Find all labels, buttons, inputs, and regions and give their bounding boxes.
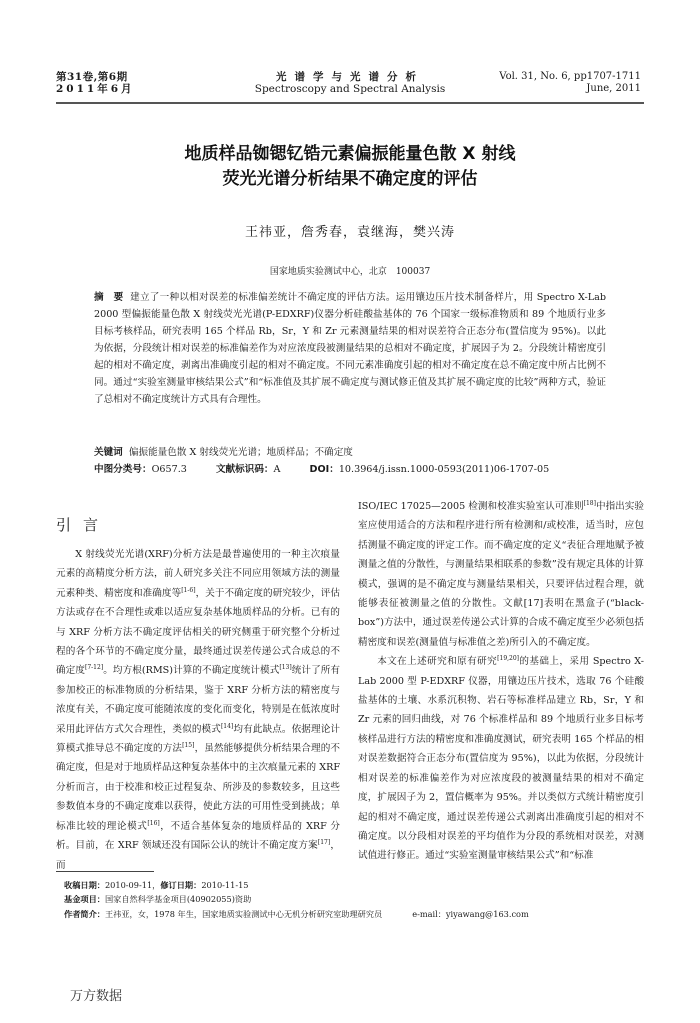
abstract: 摘 要 建立了一种以相对误差的标准偏差统计不确定度的评估方法。运用镶边压片技术制… — [94, 289, 606, 408]
fund-label: 基金项目： — [64, 894, 105, 904]
paragraph: ISO/IEC 17025—2005 检测和校准实验室认可准则[18]中指出实验… — [358, 497, 644, 652]
paragraph: 本文在上述研究和原有研究[19,20]的基础上，采用 Spectro X-Lab… — [358, 652, 644, 865]
title-line-2: 荧光光谱分析结果不确定度的评估 — [0, 167, 700, 192]
paper-title: 地质样品铷锶钇锆元素偏振能量色散 X 射线 荧光光谱分析结果不确定度的评估 — [0, 142, 700, 192]
body-text: 本文在上述研究和原有研究 — [377, 656, 497, 667]
authors: 王祎亚，詹秀春，袁继海，樊兴涛 — [0, 221, 700, 240]
abstract-text: 建立了一种以相对误差的标准偏差统计不确定度的评估方法。运用镶边压片技术制备样片，… — [94, 292, 606, 405]
body-text: 中指出实验室应使用适合的方法和程序进行所有检测和/或校准，适当时，应包括测量不确… — [358, 501, 644, 648]
citation: [1-6] — [181, 587, 195, 594]
revised-date: 2010-11-15 — [201, 880, 248, 890]
clc-label: 中图分类号： — [94, 464, 152, 475]
footnote: 收稿日期：2010-09-11，修订日期：2010-11-15 基金项目：国家自… — [64, 878, 529, 921]
citation: [14] — [221, 722, 233, 729]
citation: [13] — [279, 664, 291, 671]
abstract-label: 摘 要 — [94, 292, 124, 303]
body-text: 。均方根(RMS)计算的不确定度统计模式 — [103, 665, 279, 676]
body-text: 的基础上，采用 Spectro X-Lab 2000 型 P-EDXRF 仪器，… — [358, 656, 644, 861]
keywords-block: 关键词 偏振能量色散 X 射线荧光光谱；地质样品；不确定度 中图分类号：O657… — [94, 444, 614, 478]
bio-line: 作者简介：王祎亚，女，1978 年生，国家地质实验测试中心无机分析研究室助理研究… — [64, 907, 529, 921]
citation: [17] — [318, 839, 330, 846]
section-heading-introduction: 引言 — [56, 514, 110, 535]
dates-line: 收稿日期：2010-09-11，修订日期：2010-11-15 — [64, 878, 529, 892]
fund-value: 国家自然科学基金项目(40902055)资助 — [105, 894, 251, 904]
body-text: ISO/IEC 17025—2005 检测和校准实验室认可准则 — [358, 501, 584, 512]
citation: [16] — [147, 820, 159, 827]
citation: [7-12] — [85, 664, 103, 671]
author-email: e-mail：yiyawang@163.com — [412, 909, 529, 919]
clc-value: O657.3 — [152, 464, 187, 475]
received-date: 2010-09-11， — [105, 880, 160, 890]
header-rule — [56, 102, 644, 104]
doc-code-value: A — [274, 464, 281, 475]
citation: [18] — [584, 500, 596, 507]
journal-pages: Vol. 31, No. 6, pp1707-1711 June, 2011 — [499, 71, 641, 95]
fund-line: 基金项目：国家自然科学基金项目(40902055)资助 — [64, 892, 529, 906]
vol-pages-line: Vol. 31, No. 6, pp1707-1711 — [499, 71, 641, 83]
received-label: 收稿日期： — [64, 880, 105, 890]
footnote-rule — [56, 871, 154, 872]
date-en-line: June, 2011 — [499, 83, 641, 95]
citation: [15] — [182, 742, 194, 749]
keywords-text: 偏振能量色散 X 射线荧光光谱；地质样品；不确定度 — [129, 447, 353, 458]
affiliation: 国家地质实验测试中心，北京 100037 — [0, 264, 700, 277]
keywords-line: 关键词 偏振能量色散 X 射线荧光光谱；地质样品；不确定度 — [94, 444, 614, 461]
body-left-column: X 射线荧光光谱(XRF)分析方法是最普遍使用的一种主次痕量元素的高精度分析方法… — [56, 545, 340, 875]
body-text: ，虽然能够提供分析结果合理的不确定度，但是对于地质样品这种复杂基体中的主次痕量元… — [56, 743, 340, 832]
bio-value: 王祎亚，女，1978 年生，国家地质实验测试中心无机分析研究室助理研究员 — [105, 909, 382, 919]
doi-value: 10.3964/j.issn.1000-0593(2011)06-1707-05 — [339, 464, 549, 475]
body-right-column: ISO/IEC 17025—2005 检测和校准实验室认可准则[18]中指出实验… — [358, 497, 644, 866]
classification-line: 中图分类号：O657.3 文献标识码：A DOI：10.3964/j.issn.… — [94, 461, 614, 478]
doi-label: DOI： — [310, 464, 339, 475]
revised-label: 修订日期： — [160, 880, 201, 890]
wanfang-watermark: 万方数据 — [70, 985, 122, 1004]
title-line-1: 地质样品铷锶钇锆元素偏振能量色散 X 射线 — [0, 142, 700, 167]
keywords-label: 关键词 — [94, 447, 123, 458]
citation: [19,20] — [497, 655, 519, 662]
bio-label: 作者简介： — [64, 909, 105, 919]
doc-code-label: 文献标识码： — [216, 464, 274, 475]
